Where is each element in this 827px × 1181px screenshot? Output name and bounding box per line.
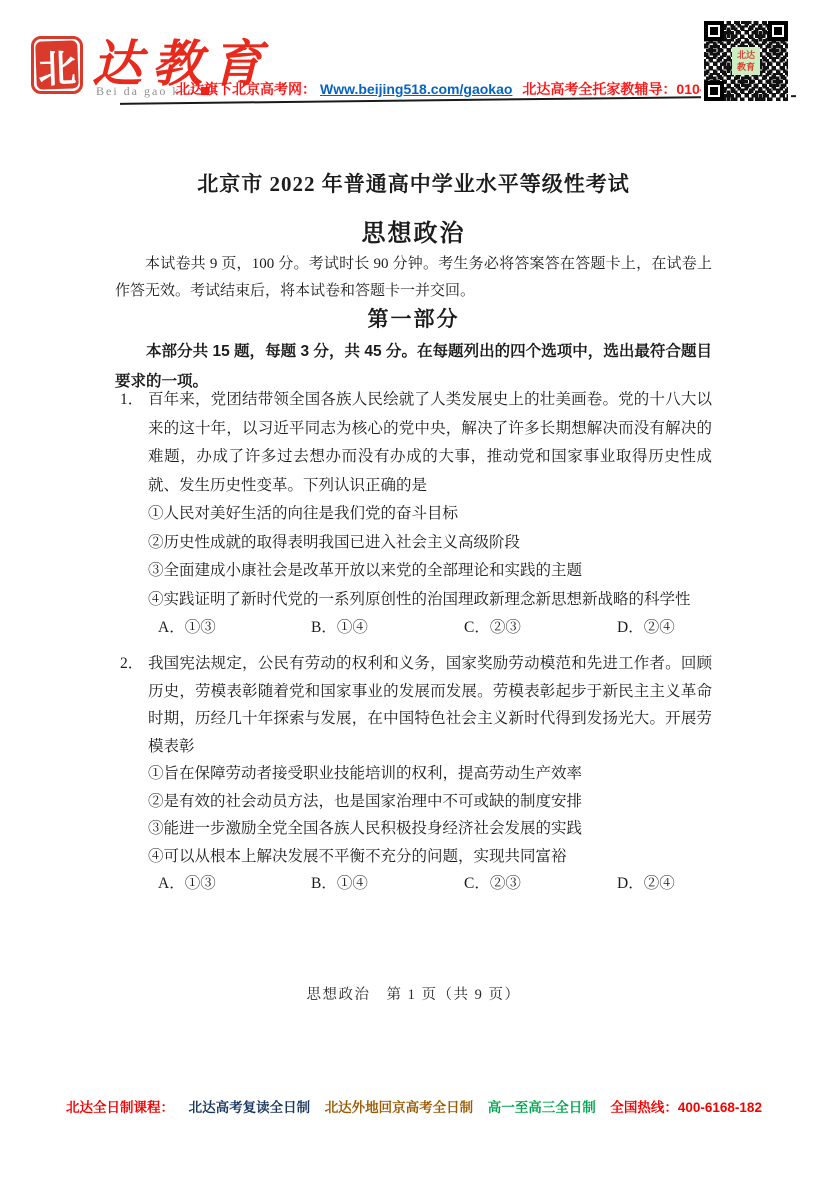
exam-intro-paragraph: 本试卷共 9 页，100 分。考试时长 90 分钟。考生务必将答案答在答题卡上，… bbox=[115, 251, 712, 305]
qr-finder-top-right bbox=[768, 21, 788, 41]
question-1-choices: A．①③ B．①④ C．②③ D．②④ bbox=[148, 614, 712, 643]
question-2-item-4: ④可以从根本上解决发展不平衡不充分的问题，实现共同富裕 bbox=[148, 843, 712, 871]
site-label: 北达旗下北京高考网： bbox=[176, 81, 316, 97]
promo-returning-students: 北达外地回京高考全日制 bbox=[325, 1096, 474, 1116]
question-2-body: 2． 我国宪法规定，公民有劳动的权利和义务，国家奖励劳动模范和先进工作者。回顾历… bbox=[115, 650, 712, 898]
question-1-number: 1． bbox=[120, 386, 143, 415]
question-2: 2． 我国宪法规定，公民有劳动的权利和义务，国家奖励劳动模范和先进工作者。回顾历… bbox=[115, 650, 712, 898]
site-url-link[interactable]: Www.beijing518.com/gaokao bbox=[320, 81, 512, 97]
tutoring-label: 北达高考全托家教辅导： bbox=[522, 81, 676, 97]
question-2-number: 2． bbox=[120, 650, 143, 678]
question-1-item-1: ①人民对美好生活的向往是我们党的奋斗目标 bbox=[148, 500, 712, 529]
qr-label-line2: 教育 bbox=[732, 61, 760, 73]
question-2-item-3: ③能进一步激励全党全国各族人民积极投身经济社会发展的实践 bbox=[148, 815, 712, 843]
question-1-item-3: ③全面建成小康社会是改革开放以来党的全部理论和实践的主题 bbox=[148, 557, 712, 586]
seal-character: 北 bbox=[35, 40, 79, 89]
brand-seal-logo: 北 bbox=[31, 36, 83, 94]
question-1-body: 1． 百年来，党团结带领全国各族人民绘就了人类发展史上的壮美画卷。党的十八大以来… bbox=[115, 386, 712, 643]
part-one-heading: 第一部分 bbox=[0, 303, 827, 333]
exam-paper-page: 北 达教育 Bei da gao kao 北达旗下北京高考网：Www.beiji… bbox=[0, 0, 827, 1181]
promo-fulltime-repeat: 北达高考复读全日制 bbox=[189, 1096, 311, 1116]
question-2-choice-d: D．②④ bbox=[617, 870, 675, 898]
qr-finder-bottom-left bbox=[704, 81, 724, 101]
question-2-choice-c: C．②③ bbox=[464, 870, 617, 898]
qr-label-line1: 北达 bbox=[732, 49, 760, 61]
question-2-choices: A．①③ B．①④ C．②③ D．②④ bbox=[148, 870, 712, 898]
promo-grade-range: 高一至高三全日制 bbox=[488, 1096, 596, 1116]
qr-finder-top-left bbox=[704, 21, 724, 41]
question-1: 1． 百年来，党团结带领全国各族人民绘就了人类发展史上的壮美画卷。党的十八大以来… bbox=[115, 386, 712, 643]
promo-hotline: 全国热线：400-6168-182 bbox=[610, 1096, 762, 1116]
question-1-stem: 百年来，党团结带领全国各族人民绘就了人类发展史上的壮美画卷。党的十八大以来的这十… bbox=[148, 386, 712, 500]
exam-title: 北京市 2022 年普通高中学业水平等级性考试 bbox=[0, 168, 827, 198]
qr-code: 北达 教育 bbox=[701, 18, 791, 104]
question-1-item-2: ②历史性成就的取得表明我国已进入社会主义高级阶段 bbox=[148, 529, 712, 558]
question-2-stem: 我国宪法规定，公民有劳动的权利和义务，国家奖励劳动模范和先进工作者。回顾历史，劳… bbox=[148, 650, 712, 760]
question-2-item-2: ②是有效的社会动员方法，也是国家治理中不可或缺的制度安排 bbox=[148, 788, 712, 816]
bottom-promo-bar: 北达全日制课程： 北达高考复读全日制 北达外地回京高考全日制 高一至高三全日制 … bbox=[66, 1096, 762, 1116]
promo-course-label: 北达全日制课程： bbox=[66, 1096, 174, 1116]
question-1-choice-c: C．②③ bbox=[464, 614, 617, 643]
qr-center-label: 北达 教育 bbox=[732, 47, 760, 75]
question-2-choice-b: B．①④ bbox=[311, 870, 464, 898]
question-2-choice-a: A．①③ bbox=[158, 870, 311, 898]
question-1-choice-b: B．①④ bbox=[311, 614, 464, 643]
exam-subject-title: 思想政治 bbox=[0, 213, 827, 248]
page-number-footer: 思想政治 第 1 页（共 9 页） bbox=[0, 983, 827, 1004]
question-1-choice-a: A．①③ bbox=[158, 614, 311, 643]
question-2-item-1: ①旨在保障劳动者接受职业技能培训的权利，提高劳动生产效率 bbox=[148, 760, 712, 788]
question-1-choice-d: D．②④ bbox=[617, 614, 675, 643]
question-1-item-4: ④实践证明了新时代党的一系列原创性的治国理政新理念新思想新战略的科学性 bbox=[148, 586, 712, 615]
